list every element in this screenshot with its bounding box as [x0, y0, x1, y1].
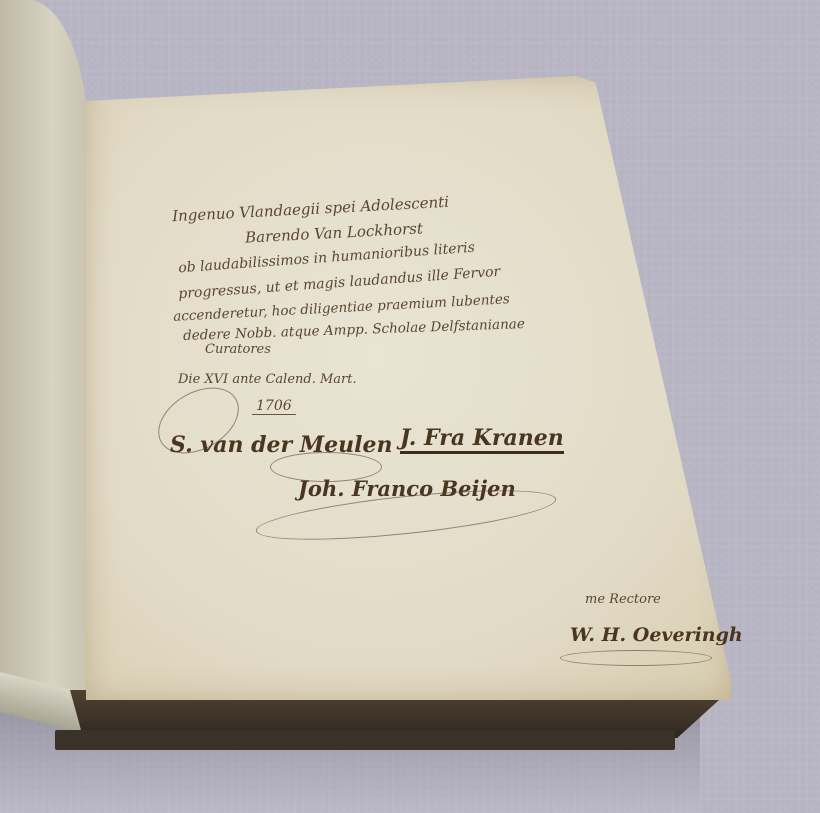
left-page — [0, 0, 88, 700]
inscription-year: 1706 — [252, 398, 296, 415]
rector-label: me Rectore — [585, 592, 661, 607]
inscription-line-7: Curatores — [205, 342, 271, 357]
signature-curator-2: J. Fra Kranen — [400, 425, 564, 454]
inscription-date: Die XVI ante Calend. Mart. — [178, 372, 357, 387]
signature-flourish-rector — [560, 650, 712, 666]
book-cover-base — [55, 730, 675, 750]
signature-rector: W. H. Oeveringh — [570, 624, 743, 646]
